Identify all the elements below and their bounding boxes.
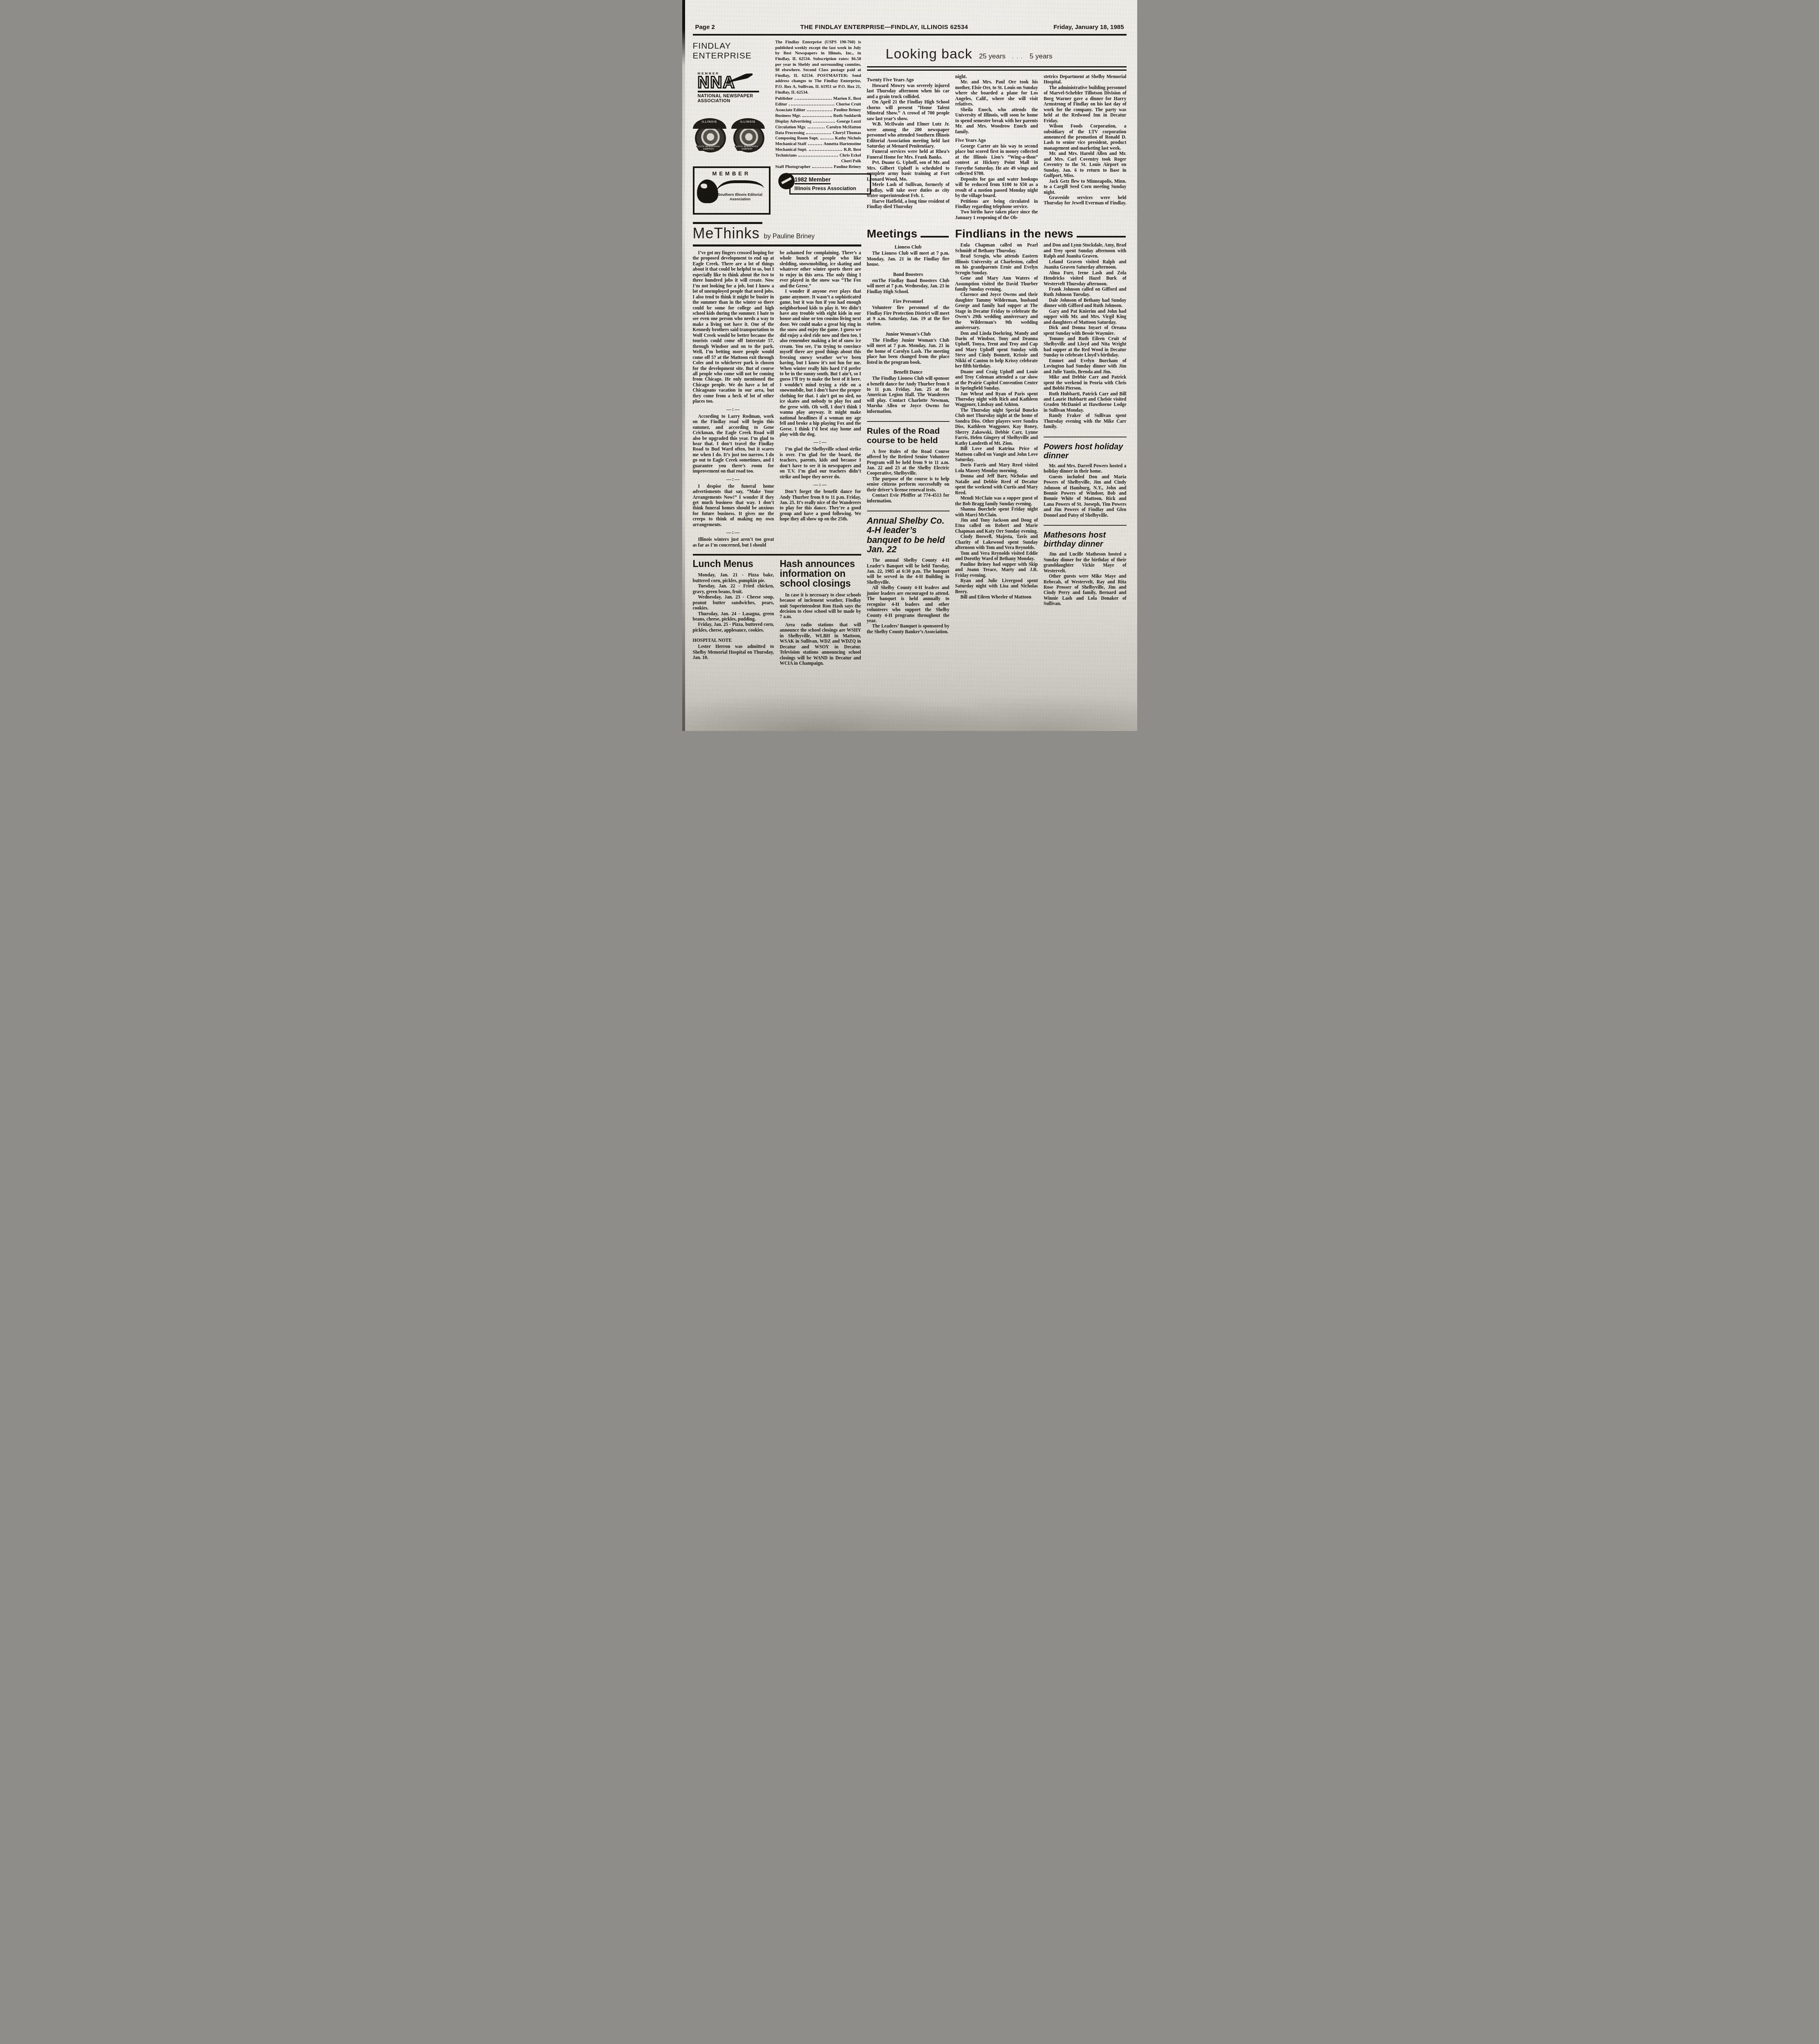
paragraph: Funeral services were held at Rhea’s Fun… [867, 149, 950, 160]
member-org: Southern Illinois Editorial Association [714, 193, 766, 202]
news-item: Duane and Craig Uphoff and Louie and Tro… [955, 370, 1038, 392]
paragraph: I’m glad the Shelbyville school strike i… [780, 447, 861, 480]
meeting-heading: Band Boosters [867, 271, 950, 278]
paragraph: be ashamed for complaining. There’s a wh… [780, 251, 861, 289]
member-label: MEMBER [697, 170, 766, 177]
paragraph: Illinois winters just aren’t too great a… [693, 537, 774, 548]
paragraph: I’ve got my fingers crossed hoping for t… [693, 251, 774, 405]
paragraph: Petitions are being circulated in Findla… [955, 199, 1038, 210]
news-item: Pauline Briney had supper with Skip and … [955, 562, 1038, 578]
methinks-byline: by Pauline Briney [764, 233, 815, 240]
masthead-logos: FINDLAY ENTERPRISE MEMBER NNA NATIONAL N… [693, 40, 771, 216]
news-item: The Thursday night Special Buncko Club m… [955, 408, 1038, 446]
news-item: Mike and Debbie Carr and Patrick spent t… [1044, 375, 1127, 391]
paragraph: The Findlay Lioness Club will sponsor a … [867, 376, 950, 415]
staff-list: PublisherMarion E. Best EditorCherise Cr… [775, 96, 861, 170]
masthead-title: FINDLAY ENTERPRISE [693, 41, 771, 61]
findlians-section: Findlians in the news Eula Chapman calle… [955, 227, 1127, 635]
news-item: Shanna Buechele spent Friday night with … [955, 507, 1038, 518]
paragraph: The annual Shelby County 4-H Leader’s Ba… [867, 558, 950, 585]
news-item: Alma Furr, Irene Lash and Zola Hendricks… [1044, 271, 1127, 287]
news-item: Jan Wheat and Ryan of Paris spent Thursd… [955, 392, 1038, 408]
right-section: Looking back 25 years . . . 5 years Twen… [867, 40, 1127, 667]
news-item: and Don and Lynn Stockdale, Amy, Brad an… [1044, 243, 1127, 259]
title-rule [1077, 236, 1126, 238]
paragraph: Other guests were Mike Maye and Rebecah,… [1044, 574, 1127, 607]
news-item: Doris Farris and Mary Reed visited Lola … [955, 463, 1038, 474]
award-seals: ILLINOIS STATE NEWSPAPER CONTEST ILLINOI… [694, 117, 771, 152]
staff-row: Associate EditorPauline Briney [775, 108, 861, 113]
paragraph: stetrics Department at Shelby Memorial H… [1044, 74, 1126, 85]
section-divider: —:— [693, 406, 774, 412]
paragraph: In case it is necessary to close schools… [780, 593, 861, 620]
looking-back-columns: Twenty Five Years Ago Howard Mowry was s… [867, 74, 1127, 221]
paragraph: Mr. and Mrs. Darrell Powers hosted a hol… [1044, 464, 1127, 475]
news-item: Bill and Eileen Wheeler of Mattoon [955, 595, 1038, 600]
scan-edge-artifact [682, 0, 685, 731]
news-item: Ryan and Julie Livergood spent Saturday … [955, 578, 1038, 595]
paragraph: W.B. McIlwain and Elmer Lutz Jr. were am… [867, 122, 950, 149]
staff-row: PublisherMarion E. Best [775, 96, 861, 102]
staff-row: Business Mgr.Ruth Suddarth [775, 113, 861, 119]
paragraph: Volunteer fire personnel of the Findlay … [867, 305, 950, 327]
menu-item: Monday, Jan. 21 - Pizza bake, buttered c… [693, 573, 774, 584]
paragraph: All Shelby County 4-H leaders and junior… [867, 585, 950, 624]
staff-row: EditorCherise Cruit [775, 102, 861, 108]
newspaper-page: Page 2 THE FINDLAY ENTERPRISE—FINDLAY, I… [682, 0, 1137, 731]
lunch-menus-article: Lunch Menus Monday, Jan. 21 - Pizza bake… [693, 558, 774, 666]
staff-row: TechniciansChris Eckel [775, 153, 861, 159]
staff-row: Composing Room Supt.Kathy Nichols [775, 136, 861, 141]
paragraph: Graveside services were held Thursday fo… [1044, 195, 1126, 206]
left-section: FINDLAY ENTERPRISE MEMBER NNA NATIONAL N… [693, 40, 861, 667]
looking-back-tag-5: 5 years [1030, 52, 1053, 61]
news-item: Gene and Mary Ann Waters of Assumption v… [955, 276, 1038, 292]
section-divider: —:— [693, 476, 774, 482]
menu-item: Wednesday, Jan. 23 - Cheese soup, peanut… [693, 595, 774, 611]
paragraph: The purpose of the course is to help sen… [867, 477, 950, 493]
nna-logo: MEMBER NNA NATIONAL NEWSPAPER ASSOCIATIO… [698, 72, 771, 103]
paragraph: On April 21 the Findlay High School chor… [867, 100, 950, 122]
press-year: 1982 Member [795, 176, 831, 184]
section-divider: —:— [780, 482, 861, 488]
illinois-seal-icon: ILLINOIS STATE NEWSPAPER CONTEST [732, 117, 765, 152]
powers-title: Powers host holiday dinner [1044, 437, 1127, 460]
publication-info: The Findlay Enterprise (USPS 190-760) is… [775, 40, 861, 95]
nna-tagline: NATIONAL NEWSPAPER ASSOCIATION [698, 94, 771, 103]
paragraph: The Leaders’ Banquet is sponsored by the… [867, 624, 950, 635]
scan-smudge-artifact [682, 670, 1137, 731]
menu-item: Thursday, Jan. 24 - Lasagna, green beans… [693, 612, 774, 623]
findlians-header: Findlians in the news [955, 227, 1127, 240]
page-number: Page 2 [695, 24, 715, 31]
member-box: MEMBER Southern Illinois Editorial Assoc… [693, 166, 771, 215]
paragraph: Howard Mowry was severely injured last T… [867, 83, 950, 100]
news-item: Gary and Pat Knierim and John had supper… [1044, 309, 1127, 325]
looking-back-column-3: stetrics Department at Shelby Memorial H… [1044, 74, 1126, 221]
news-item: Dick and Donna Inyart of Oreana spent Su… [1044, 325, 1127, 336]
staff-row: Staff PhotographerPauline Briney [775, 164, 861, 170]
news-item: Randy Fraker of Sullivan spent Thursday … [1044, 413, 1127, 430]
news-item: Dale Johnson of Bethany had Sunday dinne… [1044, 298, 1127, 309]
paragraph: Harve Hatfield, a long time resident of … [867, 199, 950, 210]
news-item: Tom and Vera Reynolds visited Eddie and … [955, 551, 1038, 562]
newspaper-title: THE FINDLAY ENTERPRISE—FINDLAY, ILLINOIS… [800, 24, 968, 31]
meetings-column: Meetings Lioness Club The Lioness Club w… [867, 227, 950, 635]
paragraph: Deposits for gas and water hookups will … [955, 177, 1038, 199]
banquet-4h-title: Annual Shelby Co. 4-H leader’s banquet t… [867, 511, 950, 554]
double-rule [867, 66, 1127, 71]
paragraph: Mr. and Mrs. Paul Orr took his mother, E… [955, 80, 1038, 107]
rules-of-road-title: Rules of the Road course to be held [867, 421, 950, 445]
methinks-columns: I’ve got my fingers crossed hoping for t… [693, 251, 861, 548]
paragraph: Contact Evie Pfeiffer at 774-4513 for in… [867, 493, 950, 504]
lunch-menus-title: Lunch Menus [693, 559, 774, 569]
bottom-left-row: Lunch Menus Monday, Jan. 21 - Pizza bake… [693, 554, 861, 666]
masthead-block: FINDLAY ENTERPRISE MEMBER NNA NATIONAL N… [693, 40, 861, 216]
paragraph: I despise the funeral home advertisments… [693, 484, 774, 528]
masthead-info: The Findlay Enterprise (USPS 190-760) is… [775, 40, 861, 216]
news-item: Leland Graven visited Ralph and Juanita … [1044, 260, 1127, 271]
paragraph: Guests included Don and Maria Powers of … [1044, 475, 1127, 519]
findlians-column-2: and Don and Lynn Stockdale, Amy, Brad an… [1044, 243, 1127, 607]
findlians-column-1: Eula Chapman called on Pearl Schmidt of … [955, 243, 1038, 607]
paragraph: Lester Herron was admitted to Shelby Mem… [693, 644, 774, 661]
paragraph: Jack Getz flew to Minneapolis, Minn. to … [1044, 179, 1126, 195]
methinks-column-2: be ashamed for complaining. There’s a wh… [780, 251, 861, 548]
meeting-heading: Lioness Club [867, 244, 950, 250]
findlians-title: Findlians in the news [955, 227, 1073, 240]
news-item: Eula Chapman called on Pearl Schmidt of … [955, 243, 1038, 254]
methinks-header: MeThinks by Pauline Briney [693, 224, 861, 247]
press-association-box: 1982 Member Illinois Press Association [789, 173, 871, 195]
paragraph: The administrative building personnel of… [1044, 85, 1126, 124]
paragraph: Mr. and Mrs. Harold Allen and Mr. and Mr… [1044, 151, 1126, 179]
news-item: Cindy Boswell, Majesta, Tavis and Charit… [955, 534, 1038, 551]
looking-back-tag-25: 25 years [979, 52, 1006, 61]
paragraph: emThe Findlay Band Boosters Club will me… [867, 278, 950, 295]
press-association-icon [778, 173, 795, 189]
menu-item: Tuesday, Jan. 22 - Fried chicken, gravy,… [693, 584, 774, 595]
news-item: Don and Linda Doehring, Mandy and Darin … [955, 331, 1038, 370]
paragraph: Don’t forget the benefit dance for Andy … [780, 489, 861, 522]
section-divider: —:— [780, 439, 861, 445]
news-item: Bill Love and Katrina Price of Mattoon c… [955, 446, 1038, 463]
illinois-seal-icon: ILLINOIS STATE NEWSPAPER CONTEST [694, 117, 726, 152]
news-item: Mendi McClain was a supper guest of the … [955, 496, 1038, 507]
meetings-header: Meetings [867, 227, 950, 240]
staff-row: Data ProcessingCheryl Thomas [775, 130, 861, 136]
news-item: Ruth Hubbartt, Patrick Carr and Bill and… [1044, 392, 1127, 414]
meeting-heading: Benefit Dance [867, 369, 950, 375]
paragraph: A free Rules of the Road Course offered … [867, 449, 950, 477]
press-org: Illinois Press Association [795, 186, 867, 191]
staff-row: Display AdvertisingGeorge Lozzi [775, 119, 861, 125]
hospital-note-heading: HOSPITAL NOTE [693, 637, 774, 643]
looking-back-column-1: Twenty Five Years Ago Howard Mowry was s… [867, 74, 950, 221]
section-heading: Twenty Five Years Ago [867, 77, 950, 83]
staff-row: Circulation Mgr.Carolyn McHatton [775, 125, 861, 130]
paragraph: Pvt. Duane G. Uphoff, son of Mr. and Mrs… [867, 160, 950, 182]
mathesons-title: Mathesons host birthday dinner [1044, 525, 1127, 549]
looking-back-title: Looking back [886, 46, 972, 62]
title-rule [921, 236, 948, 238]
paragraph: Merle Lash of Sullivan, formerly of Find… [867, 182, 950, 199]
staff-row: Mechanical Supt.R.R. Best [775, 147, 861, 153]
paragraph: The Lioness Club will meet at 7 p.m. Mon… [867, 251, 950, 267]
paragraph: night. [955, 74, 1038, 80]
paragraph: Area radio stations that will announce t… [780, 623, 861, 667]
paragraph: According to Larry Rodman, work on the F… [693, 414, 774, 475]
section-divider: —:— [693, 529, 774, 536]
news-item: Brad Scrogin, who attends Eastern Illino… [955, 254, 1038, 276]
news-item: Emmet and Evelyn Burcham of Lovington ha… [1044, 359, 1127, 375]
section-heading: Five Years Ago [955, 137, 1038, 143]
looking-back-header: Looking back 25 years . . . 5 years [867, 40, 1127, 66]
news-item: Tommy and Ruth Eileen Cruit of Shelbyvil… [1044, 336, 1127, 359]
paragraph: Jim and Lucille Matheson hosted a Sunday… [1044, 552, 1127, 574]
staff-row: Cheri Polk [775, 159, 861, 164]
looking-back-column-2: night. Mr. and Mrs. Paul Orr took his mo… [955, 74, 1038, 221]
paragraph: Wilson Foods Corporation, a subsidiary o… [1044, 124, 1126, 151]
news-item: Frank Johnson called on Gifford and Ruth… [1044, 287, 1127, 298]
paragraph: George Carter ate his way to second plac… [955, 144, 1038, 177]
menu-item: Friday, Jan. 25 - Pizza, buttered corn, … [693, 622, 774, 633]
meetings-title: Meetings [867, 227, 918, 240]
page-header: Page 2 THE FINDLAY ENTERPRISE—FINDLAY, I… [693, 0, 1127, 36]
methinks-title: MeThinks [693, 225, 760, 242]
paragraph: The Findlay Junior Woman’s Club will mee… [867, 338, 950, 365]
news-item: Jim and Tony Jackson and Doug of Etna ca… [955, 518, 1038, 534]
paragraph: Two births have taken place since the Ja… [955, 210, 1038, 221]
methinks-column-1: I’ve got my fingers crossed hoping for t… [693, 251, 774, 548]
news-item: Donna and Jeff Barr, Nicholas and Natali… [955, 474, 1038, 496]
paragraph: I wonder if anyone ever plays that game … [780, 289, 861, 437]
news-item: Clarence and Joyce Owens and their daugh… [955, 292, 1038, 331]
dots-artifact: . . . [1012, 54, 1023, 60]
staff-row: Mechanical StaffAnnetta Hartenstine [775, 141, 861, 147]
school-closings-title: Hash announces information on school clo… [780, 559, 861, 588]
issue-date: Friday, January 18, 1985 [1053, 24, 1124, 31]
meeting-heading: Fire Personnel [867, 298, 950, 305]
nna-acronym: NNA [698, 75, 736, 90]
swoosh-icon [716, 180, 764, 194]
paragraph: Sheila Enoch, who attends the University… [955, 108, 1038, 135]
meeting-heading: Junior Woman’s Club [867, 331, 950, 337]
school-closings-article: Hash announces information on school clo… [780, 558, 861, 666]
